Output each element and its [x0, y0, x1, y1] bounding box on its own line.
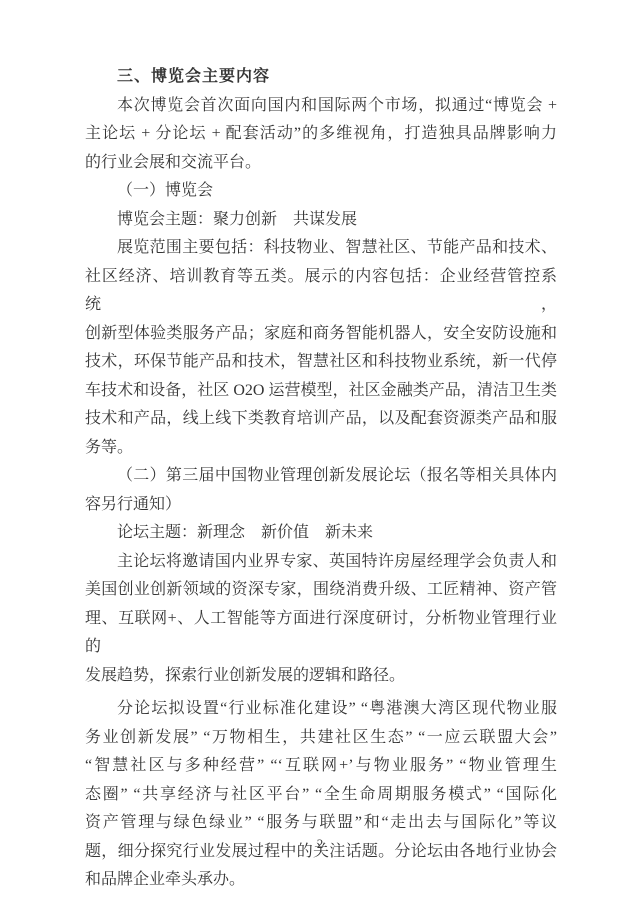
- text-line: 社区经济、培训教育等五类。展示的内容包括：企业经营管控系统，: [85, 263, 557, 320]
- text-line: 论坛主题：新理念 新价值 新未来: [85, 519, 557, 548]
- text-line: 务业创新发展” “万物相生，共建社区生态” “一应云联盟大会”: [85, 724, 557, 753]
- text-line: 务等。: [85, 434, 557, 463]
- text-line: “智慧社区与多种经营” “‘互联网+’与物业服务” “物业管理生: [85, 752, 557, 781]
- text-line: 的行业会展和交流平台。: [85, 149, 557, 178]
- text-line: 理、互联网+、人工智能等方面进行深度研讨，分析物业管理行业的: [85, 605, 557, 662]
- text-line: 主论坛 + 分论坛 + 配套活动”的多维视角，打造独具品牌影响力: [85, 120, 557, 149]
- text-line: （一）博览会: [85, 177, 557, 206]
- text-line: 技术，环保节能产品和技术，智慧社区和科技物业系统，新一代停: [85, 348, 557, 377]
- text-line: 展览范围主要包括：科技物业、智慧社区、节能产品和技术、: [85, 234, 557, 263]
- text-line: 美国创业创新领域的资深专家，围绕消费升级、工匠精神、资产管: [85, 576, 557, 605]
- page-number: 2: [0, 836, 640, 852]
- document-body: 三、博览会主要内容本次博览会首次面向国内和国际两个市场，拟通过“博览会 +主论坛…: [85, 63, 557, 895]
- text-line: 创新型体验类服务产品；家庭和商务智能机器人，安全安防设施和: [85, 320, 557, 349]
- text-line: 车技术和设备，社区 O2O 运营模型，社区金融类产品，清洁卫生类: [85, 377, 557, 406]
- section-heading: 三、博览会主要内容: [85, 63, 557, 92]
- text-line: 博览会主题：聚力创新 共谋发展: [85, 206, 557, 235]
- text-line: 容另行通知）: [85, 491, 557, 520]
- text-line: 分论坛拟设置“行业标准化建设” “粤港澳大湾区现代物业服: [85, 695, 557, 724]
- document-page: 三、博览会主要内容本次博览会首次面向国内和国际两个市场，拟通过“博览会 +主论坛…: [0, 0, 640, 905]
- text-line: 发展趋势，探索行业创新发展的逻辑和路径。: [85, 662, 557, 691]
- text-line: 主论坛将邀请国内业界专家、英国特许房屋经理学会负责人和: [85, 548, 557, 577]
- text-line: 态圈” “共享经济与社区平台” “全生命周期服务模式” “国际化: [85, 781, 557, 810]
- text-line: 本次博览会首次面向国内和国际两个市场，拟通过“博览会 +: [85, 92, 557, 121]
- text-line: （二）第三届中国物业管理创新发展论坛（报名等相关具体内: [85, 462, 557, 491]
- text-line: 资产管理与绿色绿业” “服务与联盟”和“走出去与国际化”等议: [85, 809, 557, 838]
- text-line: 技术和产品，线上线下类教育培训产品，以及配套资源类产品和服: [85, 405, 557, 434]
- text-line: 和品牌企业牵头承办。: [85, 866, 557, 895]
